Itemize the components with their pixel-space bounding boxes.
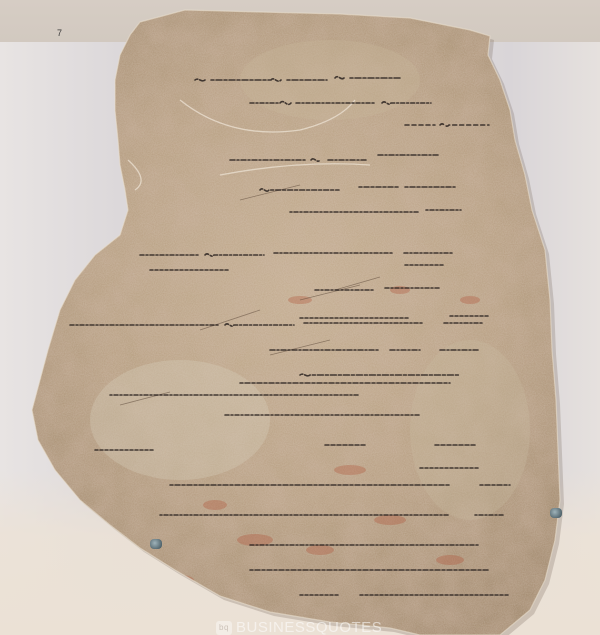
watermark: bq BUSINESSQUOTES: [216, 619, 382, 635]
watermark-text: BUSINESSQUOTES: [236, 619, 382, 635]
mount-pin-left: [150, 539, 162, 549]
ostracon-stone: [0, 0, 600, 635]
museum-scene: 7: [0, 0, 600, 635]
mount-pin-right: [550, 508, 562, 518]
watermark-logo-icon: bq: [216, 621, 232, 635]
